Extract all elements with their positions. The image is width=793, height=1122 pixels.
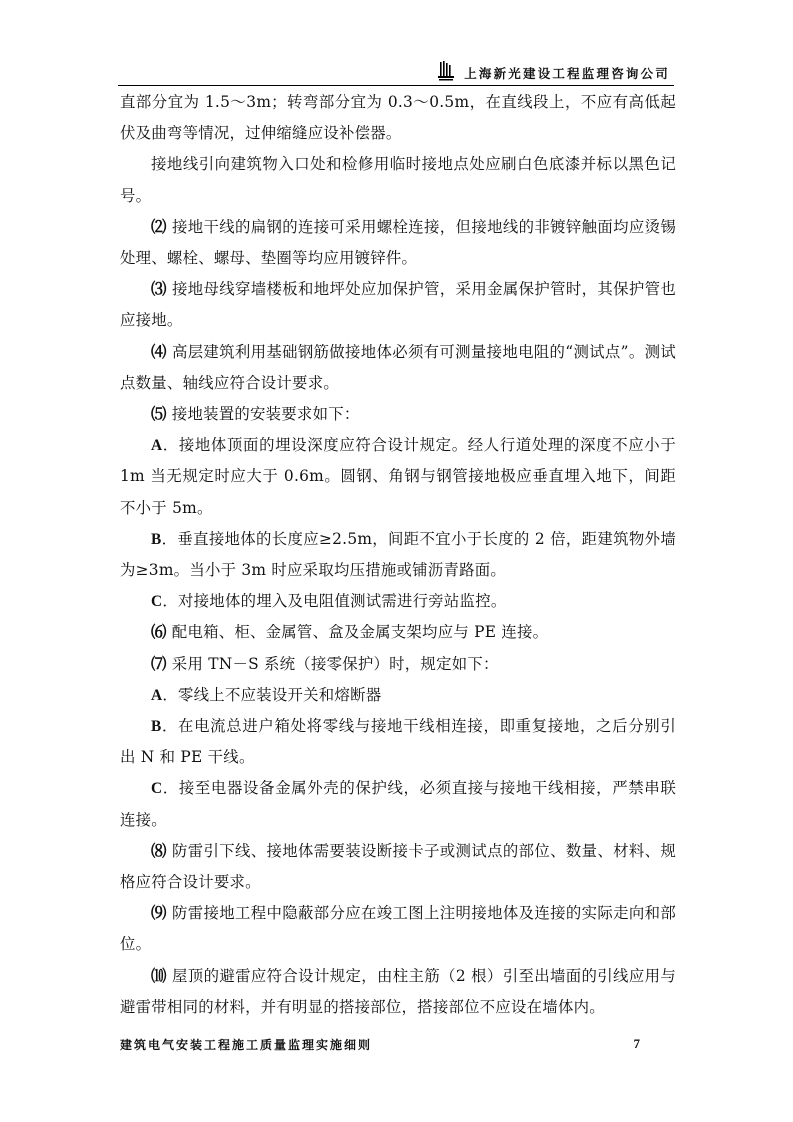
paragraph-text: 防雷引下线、接地体需要装设断接卡子或测试点的部位、数量、材料、规格应符合设计要求…: [120, 842, 676, 891]
paragraph: C．对接地体的埋入及电阻值测试需进行旁站监控。: [120, 586, 676, 617]
paragraph-text: 采用 TN－S 系统（接零保护）时，规定如下：: [167, 655, 499, 673]
item-number: ⑷: [151, 344, 167, 361]
building-logo-icon: [438, 61, 454, 81]
paragraph: B．垂直接地体的长度应≥2.5m，间距不宜小于长度的 2 倍，距建筑物外墙为≥3…: [120, 524, 676, 586]
paragraph-text: ．零线上不应装设开关和熔断器: [162, 686, 381, 704]
paragraph: ⑺ 采用 TN－S 系统（接零保护）时，规定如下：: [120, 649, 676, 680]
item-number: ⑸: [151, 406, 167, 423]
paragraph: ⑵ 接地干线的扁钢的连接可采用螺栓连接，但接地线的非镀锌触面均应烫锡处理、螺栓、…: [120, 212, 676, 274]
paragraph-text: 配电箱、柜、金属管、盒及金属支架均应与 PE 连接。: [167, 623, 549, 641]
paragraph-text: 接地干线的扁钢的连接可采用螺栓连接，但接地线的非镀锌触面均应烫锡处理、螺栓、螺母…: [120, 218, 676, 267]
item-letter: B: [151, 531, 162, 548]
paragraph: 接地线引向建筑物入口处和检修用临时接地点处应刷白色底漆并标以黑色记号。: [120, 149, 676, 211]
paragraph: ⑻ 防雷引下线、接地体需要装设断接卡子或测试点的部位、数量、材料、规格应符合设计…: [120, 836, 676, 898]
item-letter: C: [151, 780, 162, 797]
document-body: 直部分宜为 1.5～3m；转弯部分宜为 0.3～0.5m，在直线段上，不应有高低…: [120, 87, 676, 1023]
paragraph-text: 接地线引向建筑物入口处和检修用临时接地点处应刷白色底漆并标以黑色记号。: [120, 155, 676, 204]
paragraph: ⑼ 防雷接地工程中隐蔽部分应在竣工图上注明接地体及连接的实际走向和部位。: [120, 898, 676, 960]
paragraph-text: 接地装置的安装要求如下：: [167, 405, 360, 423]
page-number: 7: [634, 1036, 641, 1052]
item-letter: B: [151, 718, 162, 735]
paragraph: ⑹ 配电箱、柜、金属管、盒及金属支架均应与 PE 连接。: [120, 617, 676, 648]
paragraph-text: 接地母线穿墙楼板和地坪处应加保护管，采用金属保护管时，其保护管也应接地。: [120, 280, 676, 329]
page-header: 上海新光建设工程监理咨询公司: [118, 56, 674, 86]
paragraph-text: ．对接地体的埋入及电阻值测试需进行旁站监控。: [162, 592, 506, 610]
paragraph-text: ．接至电器设备金属外壳的保护线，必须直接与接地干线相接，严禁串联连接。: [120, 779, 676, 828]
paragraph-text: 屋顶的避雷应符合设计规定，由柱主筋（2 根）引至出墙面的引线应用与避雷带相同的材…: [120, 967, 676, 1016]
paragraph-text: 高层建筑利用基础钢筋做接地体必须有可测量接地电阻的“测试点”。测试点数量、轴线应…: [120, 343, 676, 392]
paragraph: ⑷ 高层建筑利用基础钢筋做接地体必须有可测量接地电阻的“测试点”。测试点数量、轴…: [120, 337, 676, 399]
item-number: ⑶: [151, 281, 167, 298]
item-number: ⑻: [151, 843, 167, 860]
item-number: ⑵: [151, 219, 167, 236]
company-name: 上海新光建设工程监理咨询公司: [464, 67, 670, 81]
paragraph: ⑶ 接地母线穿墙楼板和地坪处应加保护管，采用金属保护管时，其保护管也应接地。: [120, 274, 676, 336]
page-footer: 建筑电气安装工程施工质量监理实施细则 7: [120, 1036, 640, 1054]
paragraph: 直部分宜为 1.5～3m；转弯部分宜为 0.3～0.5m，在直线段上，不应有高低…: [120, 87, 676, 149]
paragraph: A．零线上不应装设开关和熔断器: [120, 680, 676, 711]
paragraph-text: 直部分宜为 1.5～3m；转弯部分宜为 0.3～0.5m，在直线段上，不应有高低…: [120, 93, 676, 142]
paragraph: ⑽ 屋顶的避雷应符合设计规定，由柱主筋（2 根）引至出墙面的引线应用与避雷带相同…: [120, 961, 676, 1023]
paragraph: A．接地体顶面的埋设深度应符合设计规定。经人行道处理的深度不应小于1m 当无规定…: [120, 430, 676, 524]
paragraph-text: 防雷接地工程中隐蔽部分应在竣工图上注明接地体及连接的实际走向和部位。: [120, 904, 676, 953]
item-letter: A: [151, 437, 162, 454]
item-number: ⑼: [151, 905, 167, 922]
item-number: ⑽: [151, 968, 167, 985]
paragraph-text: ．垂直接地体的长度应≥2.5m，间距不宜小于长度的 2 倍，距建筑物外墙为≥3m…: [120, 530, 676, 579]
item-number: ⑹: [151, 624, 167, 641]
item-number: ⑺: [151, 656, 167, 673]
paragraph: C．接至电器设备金属外壳的保护线，必须直接与接地干线相接，严禁串联连接。: [120, 773, 676, 835]
paragraph: ⑸ 接地装置的安装要求如下：: [120, 399, 676, 430]
paragraph-text: ．在电流总进户箱处将零线与接地干线相连接，即重复接地，之后分别引出 N 和 PE…: [120, 717, 676, 766]
document-title: 建筑电气安装工程施工质量监理实施细则: [120, 1036, 372, 1053]
item-letter: C: [151, 593, 162, 610]
paragraph-text: ．接地体顶面的埋设深度应符合设计规定。经人行道处理的深度不应小于1m 当无规定时…: [120, 436, 676, 516]
item-letter: A: [151, 687, 162, 704]
header-brand: 上海新光建设工程监理咨询公司: [438, 61, 670, 81]
paragraph: B．在电流总进户箱处将零线与接地干线相连接，即重复接地，之后分别引出 N 和 P…: [120, 711, 676, 773]
